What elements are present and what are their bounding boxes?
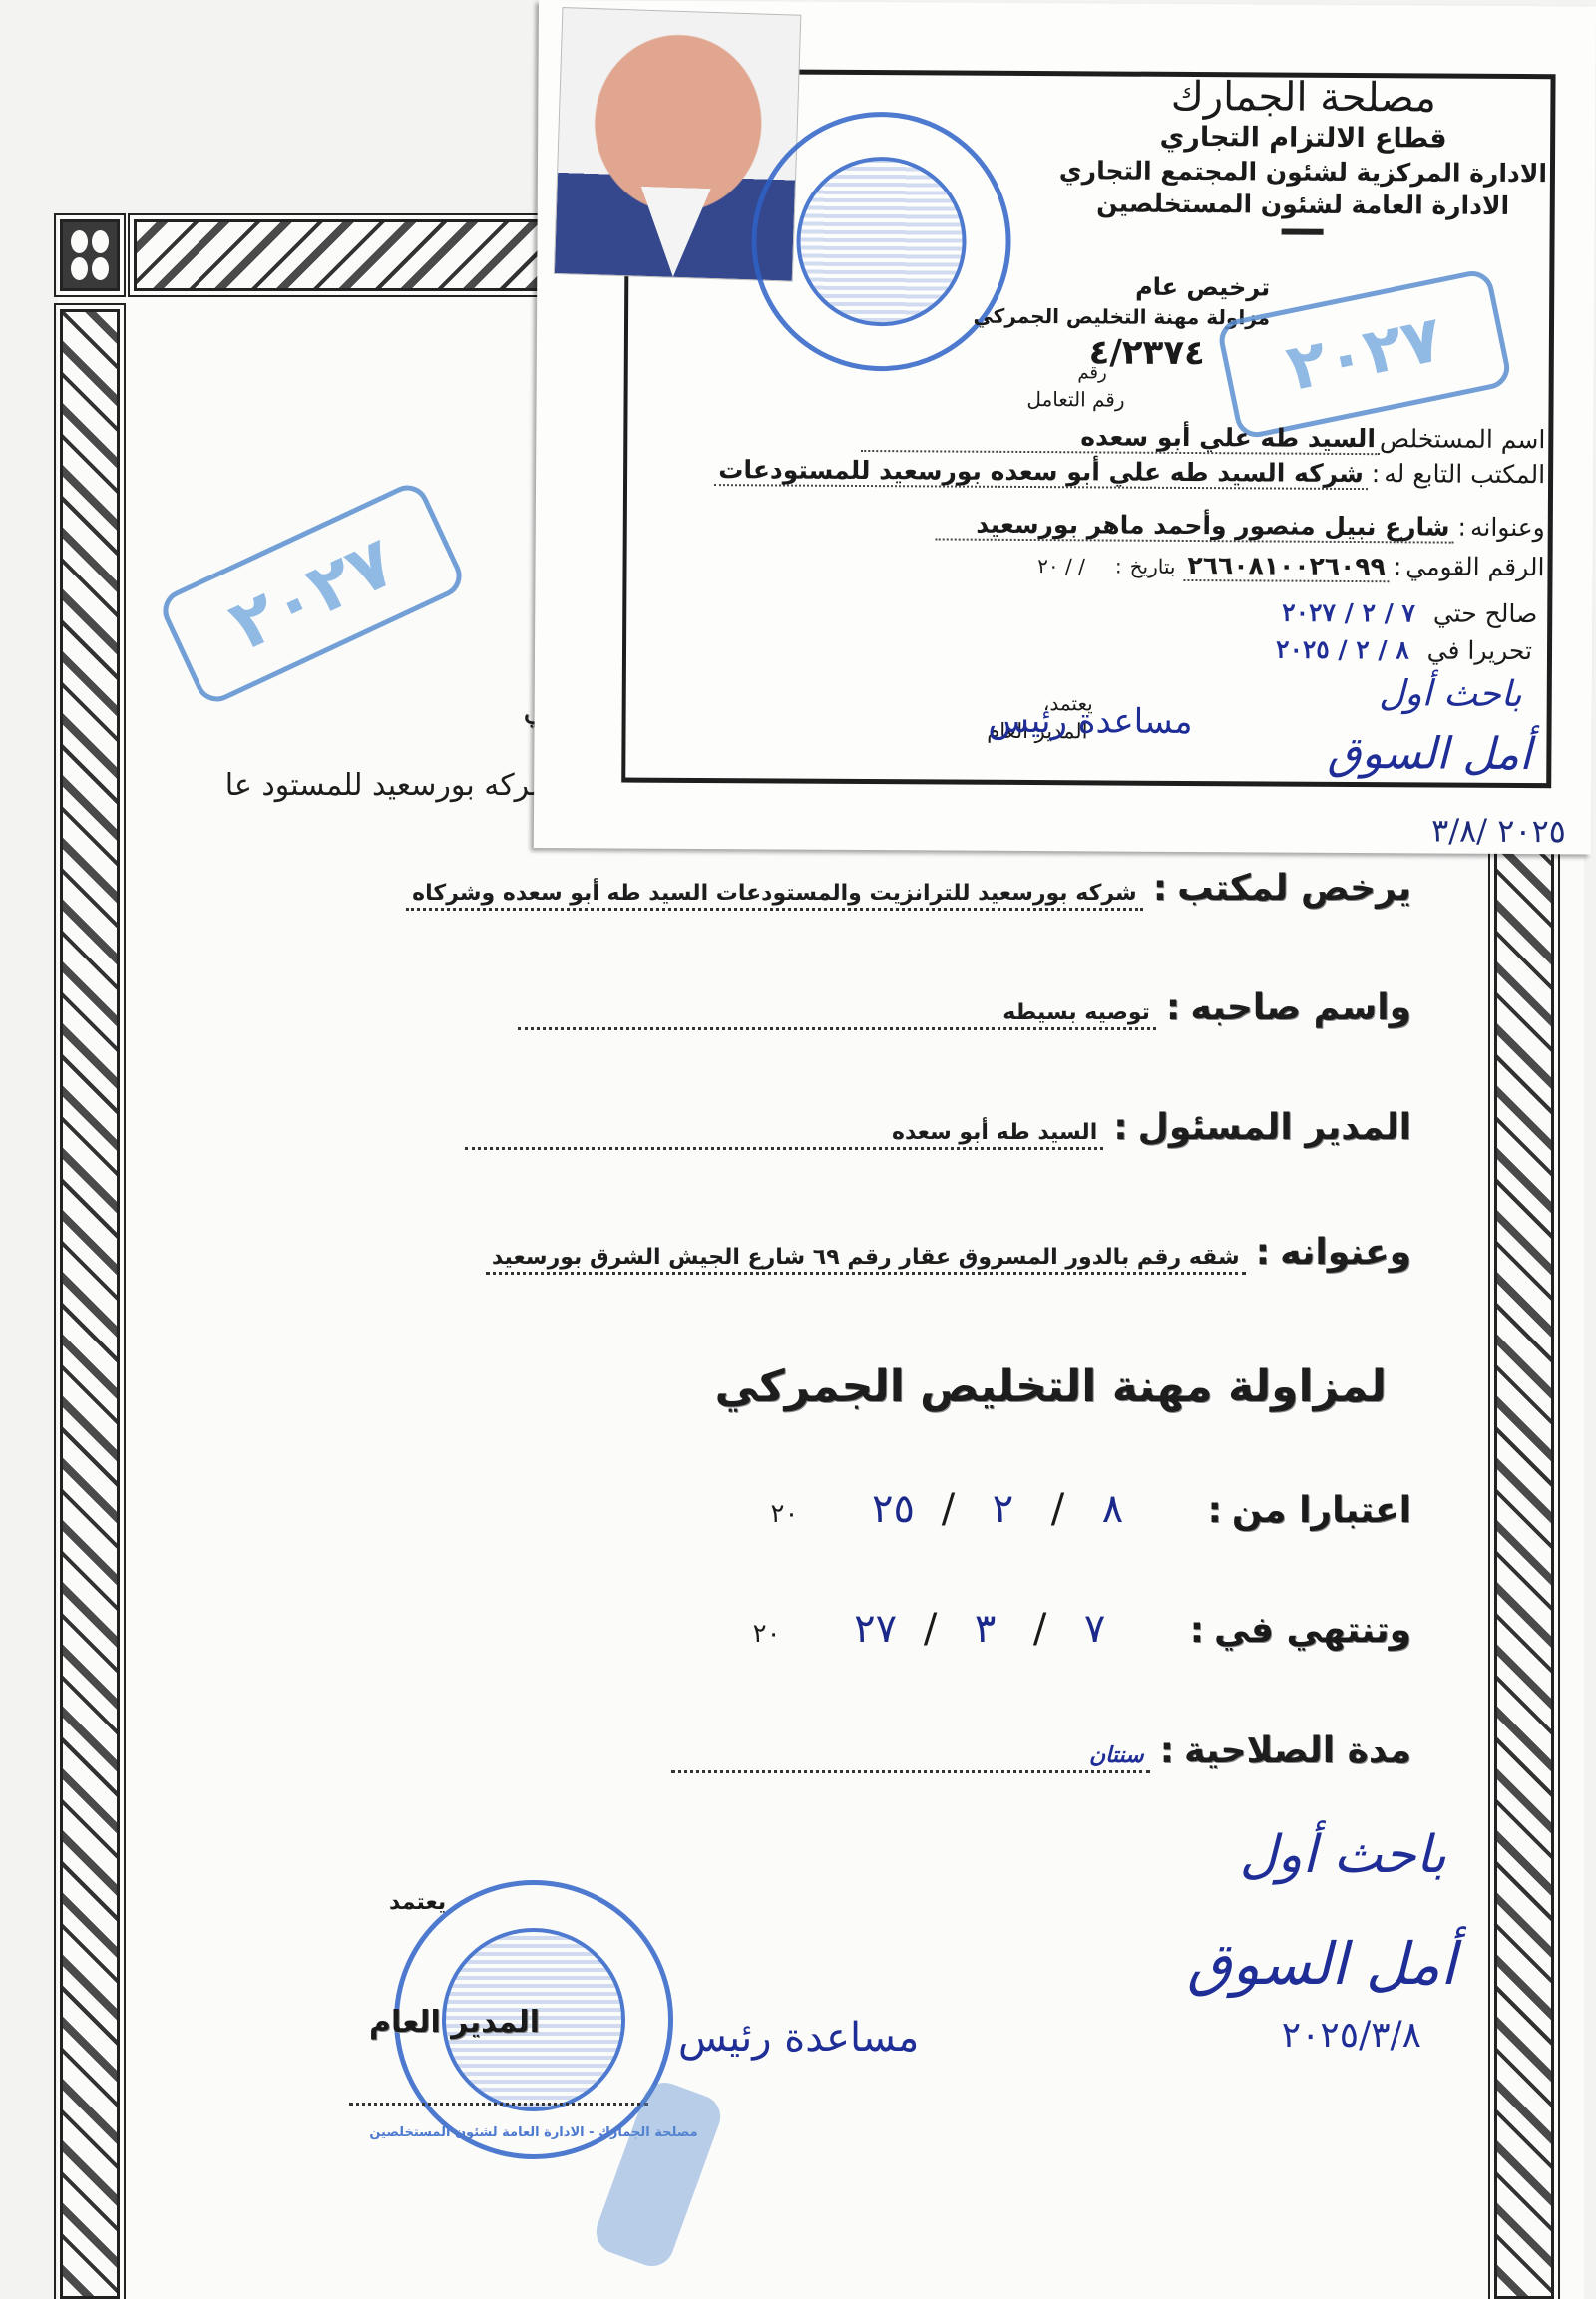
- field-manager: المدير المسئول : السيد طه أبو سعده: [465, 1107, 1411, 1150]
- until-year: ٢٧: [841, 1606, 911, 1652]
- valid-from-row: اعتبارا من : ٨ / ٢ / ٢٥ ٢٠: [771, 1486, 1411, 1532]
- card-reviewer-title: باحث أول: [1379, 673, 1522, 715]
- card-field-office: المكتب التابع له : شركه السيد طه علي أبو…: [714, 455, 1545, 491]
- id-card: مصلحة الجمارك قطاع الالتزام التجاري الاد…: [534, 0, 1596, 854]
- card-field-address: وعنوانه : شارع نبيل منصور وأحمد ماهر بور…: [935, 509, 1544, 544]
- card-valid-until: صالح حتي ٧ / ٢ / ٢٠٢٧: [1282, 598, 1537, 629]
- card-issued-on: تحريرا في ٨ / ٢ / ٢٠٢٥: [1276, 635, 1532, 666]
- reviewer-title: باحث أول: [1240, 1825, 1446, 1885]
- sign-prefix: يعتمد: [389, 1890, 446, 1915]
- field-owner-name: واسم صاحبه : توصيه بسيطه: [518, 987, 1411, 1030]
- from-day: ٨: [1077, 1486, 1147, 1532]
- until-month: ٣: [951, 1606, 1020, 1652]
- dealing-number-label: رقم التعامل: [1026, 387, 1124, 412]
- field-address: وعنوانه : شقه رقم بالدور المسروق عقار رق…: [486, 1232, 1411, 1275]
- owner-name-value: توصيه بسيطه: [518, 1000, 1156, 1030]
- partial-line-2: ٤ شركه بورسعيد للمستود عا: [225, 768, 582, 803]
- reviewer-name: أمل السوق: [1187, 1930, 1456, 1998]
- card-reviewer-name: أمل السوق: [1327, 728, 1531, 780]
- year-stamp: ٢٠٢٧: [156, 478, 469, 708]
- card-footer-date: ٢٠٢٥ /٣/٨: [1431, 811, 1566, 850]
- approval-signature: مساعدة رئيس: [988, 701, 1192, 742]
- central-admin-name: الادارة المركزية لشئون المجتمع التجاري: [1059, 156, 1547, 188]
- license-type: ترخيص عام: [1135, 273, 1270, 302]
- card-header: مصلحة الجمارك قطاع الالتزام التجاري الاد…: [1058, 73, 1547, 236]
- from-year: ٢٥: [858, 1486, 928, 1532]
- valid-until-row: وتنتهي في : ٧ / ٣ / ٢٧ ٢٠: [753, 1606, 1411, 1652]
- signature-line: [349, 2103, 648, 2106]
- profession-title: لمزاولة مهنة التخليص الجمركي: [715, 1361, 1387, 1412]
- sector-name: قطاع الالتزام التجاري: [1059, 121, 1547, 155]
- until-day: ٧: [1060, 1606, 1130, 1652]
- rope-border-right: [1494, 813, 1554, 2299]
- card-field-broker-name: اسم المستخلص السيد طه علي أبو سعده: [861, 421, 1546, 456]
- field-validity: مدة الصلاحية : سنتان: [671, 1730, 1411, 1773]
- from-month: ٢: [968, 1486, 1037, 1532]
- card-seal: [751, 111, 1012, 372]
- validity-value: سنتان: [671, 1742, 1150, 1773]
- number-label: رقم: [1077, 362, 1106, 383]
- reviewer-date: ٢٠٢٥/٣/٨: [1282, 2015, 1421, 2056]
- org-name: مصلحة الجمارك: [1059, 73, 1547, 122]
- card-field-national-id: الرقم القومي : ٢٦٦٠٨١٠٠٢٦٠٩٩ بتاريخ : / …: [1037, 550, 1545, 583]
- manager-value: السيد طه أبو سعده: [465, 1120, 1103, 1150]
- corner-ornament: [60, 219, 120, 291]
- eagle-emblem-icon: [796, 157, 967, 327]
- general-manager-label: المدير العام: [369, 2005, 540, 2040]
- office-value: شركه بورسعيد للترانزيت والمستودعات السيد…: [406, 881, 1143, 911]
- address-value: شقه رقم بالدور المسروق عقار رقم ٦٩ شارع …: [486, 1245, 1246, 1275]
- general-admin-name: الادارة العامة لشئون المستخلصين: [1059, 189, 1547, 220]
- field-office: يرخص لمكتب : شركه بورسعيد للترانزيت والم…: [406, 868, 1411, 911]
- manager-signature: مساعدة رئيس: [678, 2015, 919, 2061]
- rope-border-left: [60, 309, 120, 2299]
